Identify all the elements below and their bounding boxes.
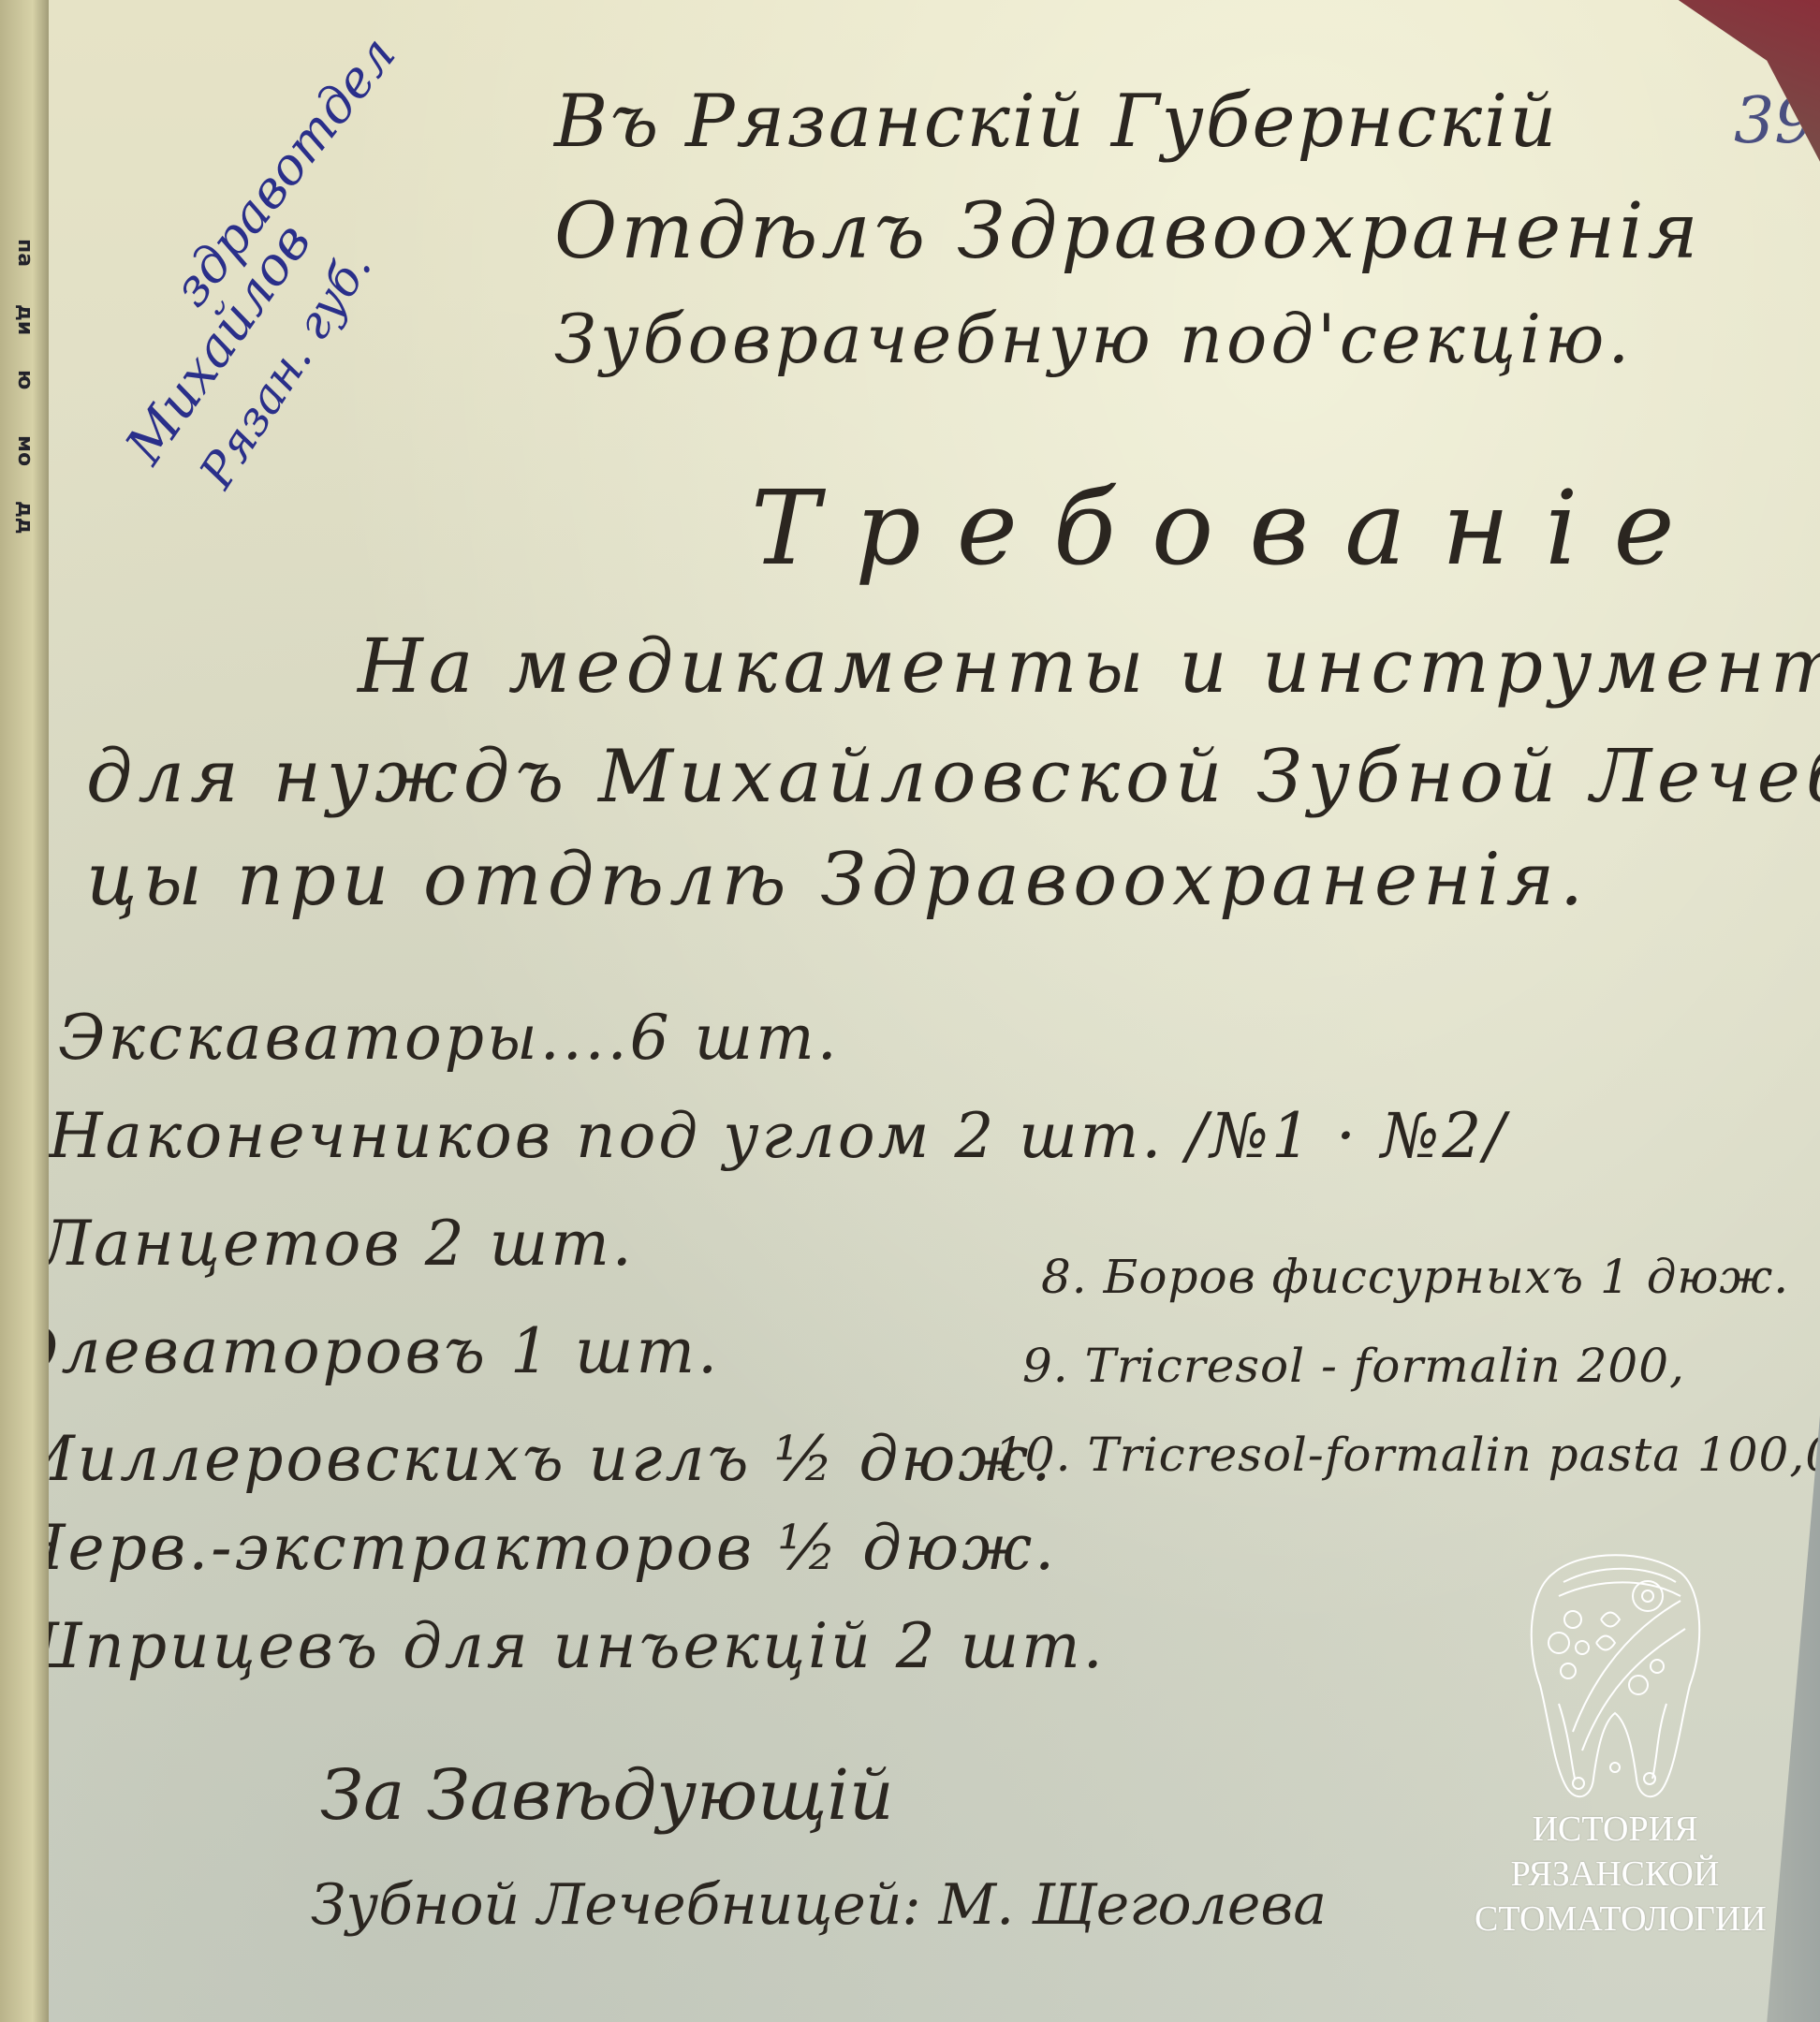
book-binding-edge: па ди ю мо дд bbox=[0, 0, 54, 2022]
list-item: Наконечников под углом 2 шт. /№1 · №2/ bbox=[49, 1100, 1508, 1172]
watermark-text-line: РЯЗАНСКОЙ bbox=[1475, 1852, 1755, 1897]
tooth-ornament-icon bbox=[1517, 1545, 1713, 1807]
subject-line: На медикаменты и инструменты bbox=[358, 623, 1820, 710]
item-number: 8. bbox=[1041, 1250, 1088, 1304]
list-item: Нерв.-экстракторов ½ дюж. bbox=[11, 1512, 1057, 1584]
addressee-line: Въ Рязанскiй Губернскiй bbox=[554, 80, 1558, 164]
subject-line: цы при отдѣлѣ Здравоохраненiя. bbox=[86, 838, 1589, 922]
binding-text-fragment: дд bbox=[0, 501, 37, 529]
list-item: 9. Tricresol - formalin 200, bbox=[1022, 1339, 1685, 1393]
subject-line: для нуждъ Михайловской Зубной Лечебни- bbox=[86, 735, 1820, 819]
list-item: 10. Tricresol-formalin pasta 100,0 bbox=[994, 1428, 1820, 1482]
item-text: Боров фиссурныхъ 1 дюж. bbox=[1104, 1250, 1790, 1304]
binding-text-fragment: ди bbox=[0, 304, 37, 332]
addressee-line: Зубоврачебную под'секцiю. bbox=[554, 300, 1633, 378]
item-text: Tricresol - formalin 200, bbox=[1085, 1339, 1685, 1393]
signature-line: Зубной Лечебницей: М. Щеголева bbox=[311, 1872, 1327, 1938]
watermark-text-line: СТОМАТОЛОГИИ bbox=[1475, 1897, 1755, 1941]
list-item: Шприцевъ для инъекцiй 2 шт. bbox=[11, 1610, 1106, 1682]
binding-text-fragment: мо bbox=[0, 435, 37, 463]
watermark-text-line: ИСТОРИЯ bbox=[1475, 1807, 1755, 1852]
binding-text-fragment: ю bbox=[0, 370, 37, 398]
list-item: Миллеровскихъ иглъ ½ дюж. bbox=[11, 1423, 1053, 1495]
document-title: Требованiе bbox=[751, 468, 1710, 588]
item-number: 10. bbox=[994, 1428, 1072, 1482]
list-item: Экскаваторы....6 шт. bbox=[58, 1002, 840, 1074]
list-item: Ланцетов 2 шт. bbox=[39, 1208, 635, 1280]
item-text: Tricresol-formalin pasta 100,0 bbox=[1087, 1428, 1820, 1482]
watermark-logo: ИСТОРИЯ РЯЗАНСКОЙ СТОМАТОЛОГИИ bbox=[1475, 1545, 1755, 1994]
list-item: Элеваторовъ 1 шт. bbox=[11, 1315, 720, 1387]
binding-text-fragment: па bbox=[0, 239, 37, 267]
item-number: 9. bbox=[1022, 1339, 1069, 1393]
signature-title: За Завѣдующiй bbox=[320, 1755, 894, 1836]
addressee-line: Отдѣлъ Здравоохраненiя bbox=[554, 187, 1702, 276]
list-item: 8. Боров фиссурныхъ 1 дюж. bbox=[1041, 1250, 1789, 1304]
